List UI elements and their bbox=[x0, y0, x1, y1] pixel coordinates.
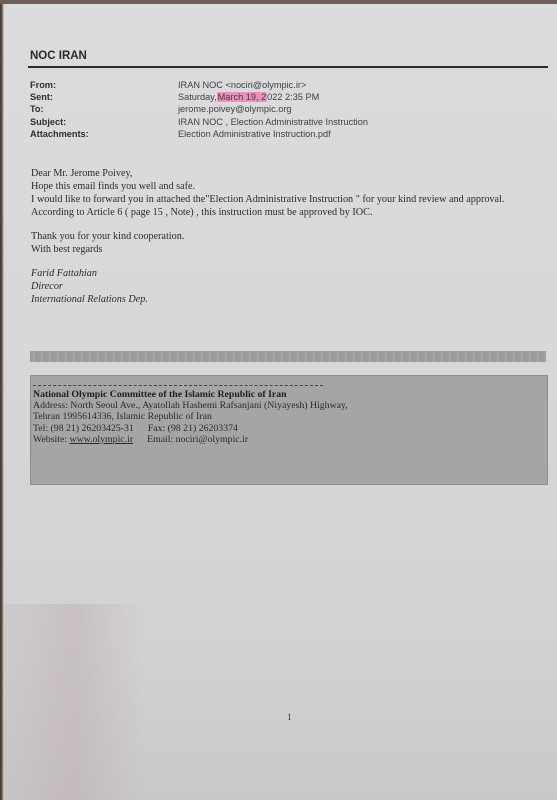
subject-label: Subject: bbox=[30, 116, 178, 128]
from-row: From: IRAN NOC <nociri@olympic.ir> bbox=[30, 79, 368, 91]
website-label: Website: bbox=[33, 434, 70, 445]
closing-line: Thank you for your kind cooperation. bbox=[31, 230, 531, 243]
dashed-divider bbox=[33, 385, 323, 386]
header-title: NOC IRAN bbox=[30, 50, 87, 62]
page-number: 1 bbox=[287, 712, 292, 722]
sent-value-prefix: Saturday, bbox=[178, 92, 217, 102]
from-label: From: bbox=[30, 79, 178, 91]
attachments-label: Attachments: bbox=[30, 128, 178, 140]
footer-contact-box: National Olympic Committee of the Islami… bbox=[30, 375, 548, 485]
sent-label: Sent: bbox=[30, 91, 178, 103]
sent-row: Sent: Saturday,March 19, 2022 2:35 PM bbox=[30, 91, 368, 103]
footer-contact-text: National Olympic Committee of the Islami… bbox=[33, 389, 348, 445]
attachments-row: Attachments: Election Administrative Ins… bbox=[30, 128, 368, 140]
body-line: Hope this email finds you well and safe. bbox=[31, 180, 531, 193]
website-link[interactable]: www.olympic.ir bbox=[70, 434, 134, 445]
signature-title: Direcor bbox=[31, 280, 531, 293]
web-email-line: Website: www.olympic.irEmail: nociri@oly… bbox=[33, 434, 348, 445]
greeting: Dear Mr. Jerome Poivey, bbox=[31, 167, 531, 180]
to-label: To: bbox=[30, 103, 178, 115]
signature-name: Farid Fattahian bbox=[31, 267, 531, 280]
sent-value-suffix: 022 2:35 PM bbox=[267, 92, 319, 102]
tel: Tel: (98 21) 26203425-31 bbox=[33, 423, 134, 434]
organization-name: National Olympic Committee of the Islami… bbox=[33, 389, 348, 400]
closing-line: With best regards bbox=[31, 243, 531, 256]
phone-fax-line: Tel: (98 21) 26203425-31Fax: (98 21) 262… bbox=[33, 423, 348, 434]
fax: Fax: (98 21) 26203374 bbox=[148, 423, 238, 434]
subject-row: Subject: IRAN NOC , Election Administrat… bbox=[30, 116, 368, 128]
email-body: Dear Mr. Jerome Poivey, Hope this email … bbox=[31, 167, 531, 306]
separator-bar bbox=[30, 351, 546, 362]
to-row: To: jerome.poivey@olympic.org bbox=[30, 103, 368, 115]
header-divider bbox=[28, 66, 548, 68]
email-contact: Email: nociri@olympic.ir bbox=[147, 434, 248, 445]
attachment-filename: Election Administrative Instruction.pdf bbox=[178, 128, 331, 140]
from-value: IRAN NOC <nociri@olympic.ir> bbox=[178, 79, 306, 91]
signature-department: International Relations Dep. bbox=[31, 293, 531, 306]
address-line-2: Tehran 1995614336, Islamic Republic of I… bbox=[33, 411, 348, 422]
address-line-1: Address: North Seoul Ave., Ayatollah Has… bbox=[33, 400, 348, 411]
body-line: I would like to forward you in attached … bbox=[31, 193, 531, 206]
sent-value: Saturday,March 19, 2022 2:35 PM bbox=[178, 91, 319, 103]
body-line: According to Article 6 ( page 15 , Note)… bbox=[31, 206, 531, 219]
to-value: jerome.poivey@olympic.org bbox=[178, 103, 292, 115]
email-metadata: From: IRAN NOC <nociri@olympic.ir> Sent:… bbox=[30, 79, 368, 140]
date-highlight: March 19, 2 bbox=[217, 92, 268, 102]
subject-value: IRAN NOC , Election Administrative Instr… bbox=[178, 116, 368, 128]
